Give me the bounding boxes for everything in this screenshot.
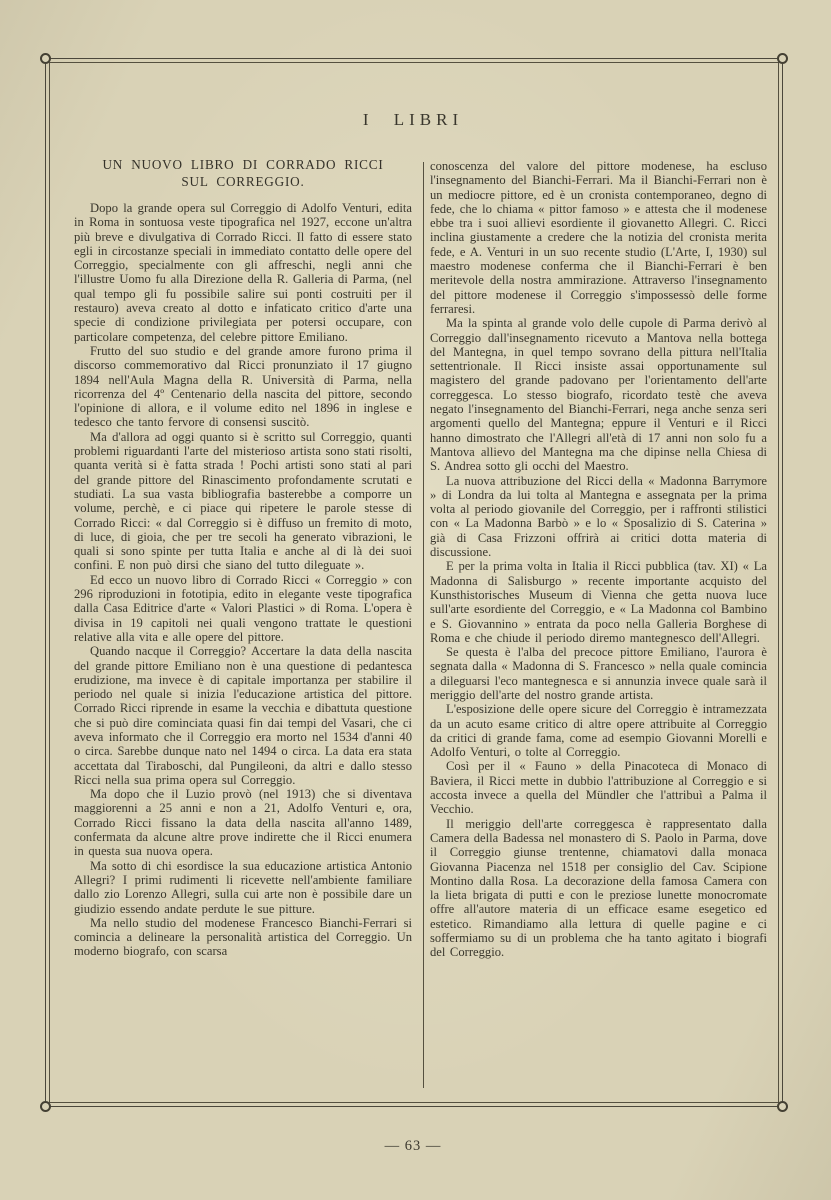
paragraph: Ma sotto di chi esordisce la sua educazi… — [74, 859, 412, 916]
corner-ring-icon — [40, 1101, 51, 1112]
paragraph: Ma dopo che il Luzio provò (nel 1913) ch… — [74, 787, 412, 858]
corner-ring-icon — [777, 53, 788, 64]
paragraph: Ma nello studio del modenese Francesco B… — [74, 916, 412, 959]
section-header: I LIBRI — [45, 110, 781, 130]
paragraph: Se questa è l'alba del precoce pittore E… — [430, 645, 767, 702]
right-column: conoscenza del valore del pittore modene… — [430, 159, 767, 1091]
paragraph: Così per il « Fauno » della Pinacoteca d… — [430, 759, 767, 816]
paragraph: Frutto del suo studio e del grande amore… — [74, 344, 412, 430]
paragraph: La nuova attribuzione del Ricci della « … — [430, 474, 767, 560]
left-column-text: Dopo la grande opera sul Correggio di Ad… — [74, 201, 412, 959]
page-number: — 63 — — [45, 1138, 781, 1155]
paragraph: Ed ecco un nuovo libro di Corrado Ricci … — [74, 573, 412, 644]
article-title: UN NUOVO LIBRO DI CORRADO RICCI SUL CORR… — [74, 157, 412, 190]
corner-ring-icon — [40, 53, 51, 64]
paragraph: E per la prima volta in Italia il Ricci … — [430, 559, 767, 645]
scanned-book-page: I LIBRI UN NUOVO LIBRO DI CORRADO RICCI … — [0, 0, 831, 1200]
article-title-line2: SUL CORREGGIO. — [181, 174, 304, 189]
left-column: UN NUOVO LIBRO DI CORRADO RICCI SUL CORR… — [74, 157, 412, 1085]
column-divider-rule — [423, 162, 424, 1088]
paragraph: Ma la spinta al grande volo delle cupole… — [430, 316, 767, 473]
paragraph: Ma d'allora ad oggi quanto si è scritto … — [74, 430, 412, 573]
paragraph: Dopo la grande opera sul Correggio di Ad… — [74, 201, 412, 344]
article-title-line1: UN NUOVO LIBRO DI CORRADO RICCI — [102, 157, 383, 172]
paragraph: Il meriggio dell'arte correggesca è rapp… — [430, 817, 767, 960]
right-column-text: conoscenza del valore del pittore modene… — [430, 159, 767, 960]
corner-ring-icon — [777, 1101, 788, 1112]
paragraph: L'esposizione delle opere sicure del Cor… — [430, 702, 767, 759]
paragraph: Quando nacque il Correggio? Accertare la… — [74, 644, 412, 787]
paragraph: conoscenza del valore del pittore modene… — [430, 159, 767, 316]
